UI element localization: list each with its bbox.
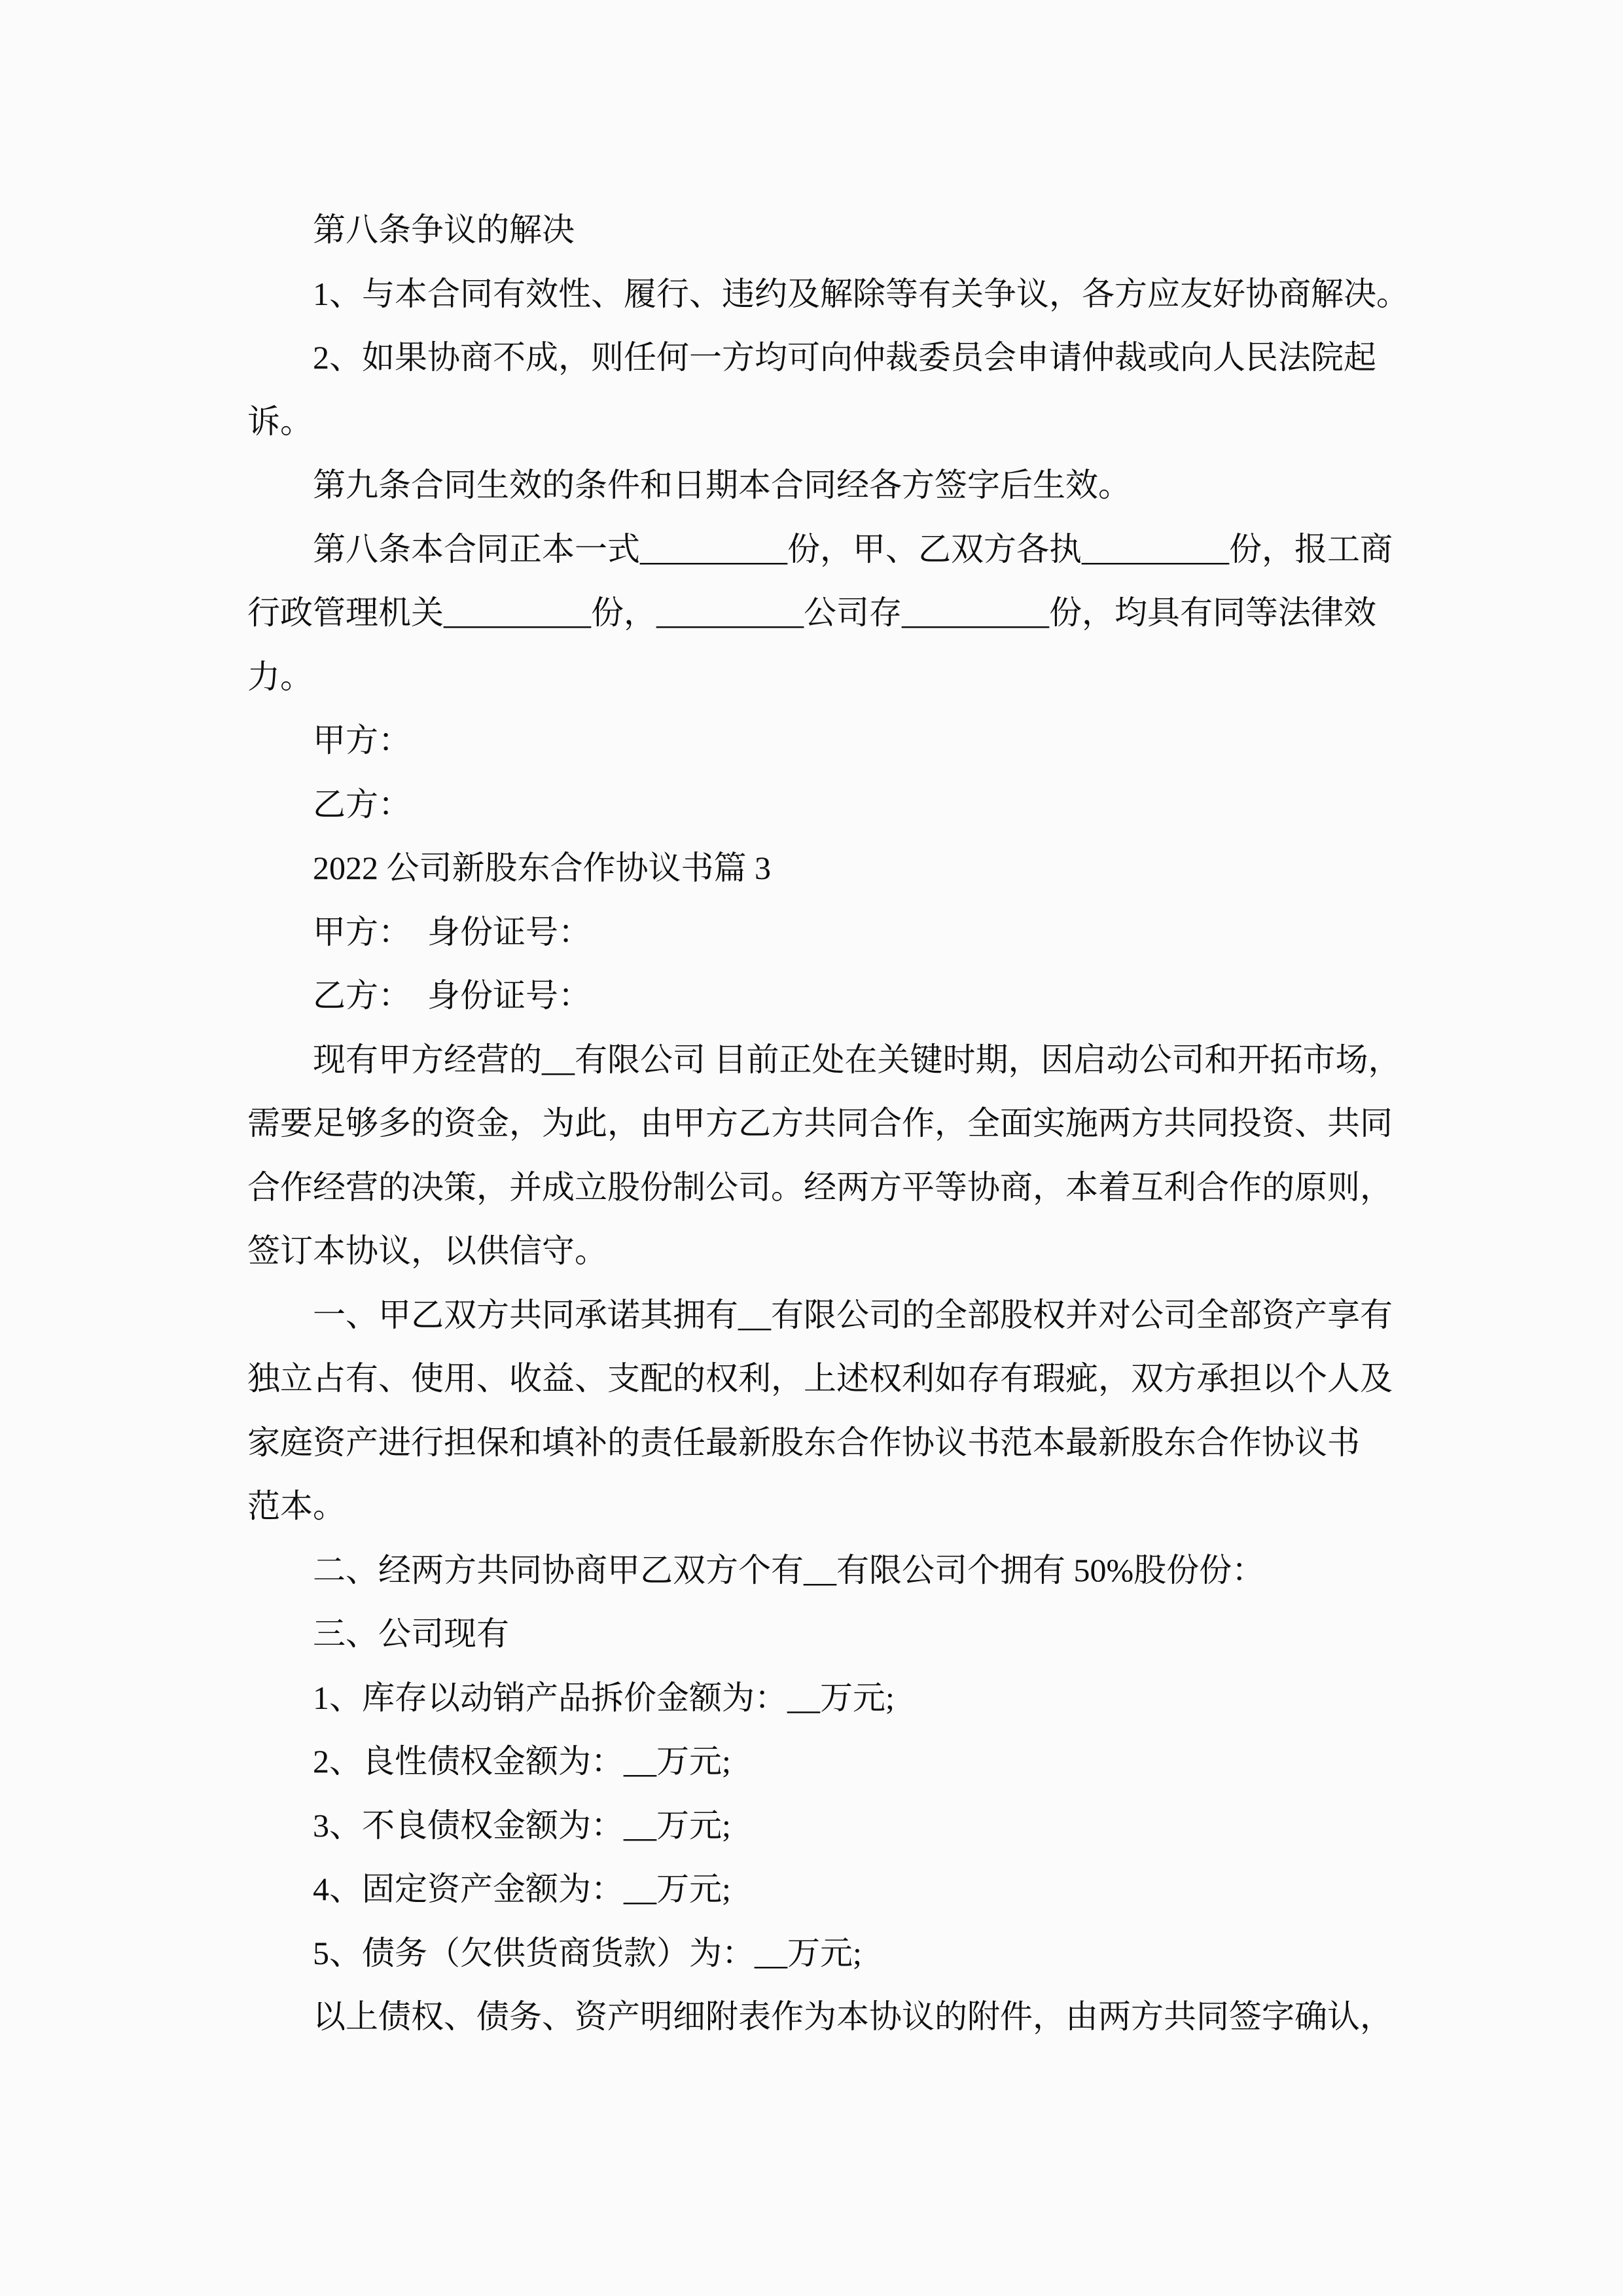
document-line: 第八条本合同正本一式_________份，甲、乙双方各执_________份，报… <box>247 518 1425 582</box>
document-line: 甲方： <box>247 709 1425 773</box>
document-line: 现有甲方经营的__有限公司 目前正处在关键时期，因启动公司和开拓市场， <box>247 1028 1425 1092</box>
document-line: 签订本协议，以供信守。 <box>247 1219 1425 1283</box>
document-line: 乙方： 身份证号： <box>247 964 1425 1028</box>
document-line: 以上债权、债务、资产明细附表作为本协议的附件，由两方共同签字确认， <box>247 1985 1425 2049</box>
document-line: 4、固定资产金额为：__万元; <box>247 1857 1425 1922</box>
document-line: 需要足够多的资金，为此，由甲方乙方共同合作，全面实施两方共同投资、共同 <box>247 1092 1425 1156</box>
document-line: 5、债务（欠供货商货款）为：__万元; <box>247 1922 1425 1986</box>
document-line: 二、经两方共同协商甲乙双方个有__有限公司个拥有 50%股份份： <box>247 1539 1425 1603</box>
document-line: 2022 公司新股东合作协议书篇 3 <box>247 836 1425 901</box>
document-line: 第八条争议的解决 <box>247 198 1425 262</box>
document-line: 独立占有、使用、收益、支配的权利，上述权利如存有瑕疵，双方承担以个人及 <box>247 1347 1425 1411</box>
document-page: 第八条争议的解决1、与本合同有效性、履行、违约及解除等有关争议，各方应友好协商解… <box>0 0 1623 2296</box>
document-line: 第九条合同生效的条件和日期本合同经各方签字后生效。 <box>247 454 1425 518</box>
document-line: 2、如果协商不成，则任何一方均可向仲裁委员会申请仲裁或向人民法院起 <box>247 326 1425 390</box>
document-line: 家庭资产进行担保和填补的责任最新股东合作协议书范本最新股东合作协议书 <box>247 1411 1425 1475</box>
document-line: 三、公司现有 <box>247 1602 1425 1666</box>
document-line: 甲方： 身份证号： <box>247 901 1425 965</box>
document-line: 乙方： <box>247 773 1425 837</box>
document-line: 范本。 <box>247 1475 1425 1539</box>
document-line: 力。 <box>247 645 1425 709</box>
document-line: 合作经营的决策，并成立股份制公司。经两方平等协商，本着互利合作的原则， <box>247 1156 1425 1220</box>
document-body: 第八条争议的解决1、与本合同有效性、履行、违约及解除等有关争议，各方应友好协商解… <box>247 198 1425 2049</box>
document-line: 1、与本合同有效性、履行、违约及解除等有关争议，各方应友好协商解决。 <box>247 262 1425 327</box>
document-line: 一、甲乙双方共同承诺其拥有__有限公司的全部股权并对公司全部资产享有 <box>247 1283 1425 1348</box>
document-line: 诉。 <box>247 390 1425 454</box>
document-line: 1、库存以动销产品拆价金额为：__万元; <box>247 1666 1425 1731</box>
document-line: 行政管理机关_________份，_________公司存_________份，… <box>247 581 1425 645</box>
document-line: 3、不良债权金额为：__万元; <box>247 1794 1425 1858</box>
document-line: 2、良性债权金额为：__万元; <box>247 1730 1425 1794</box>
